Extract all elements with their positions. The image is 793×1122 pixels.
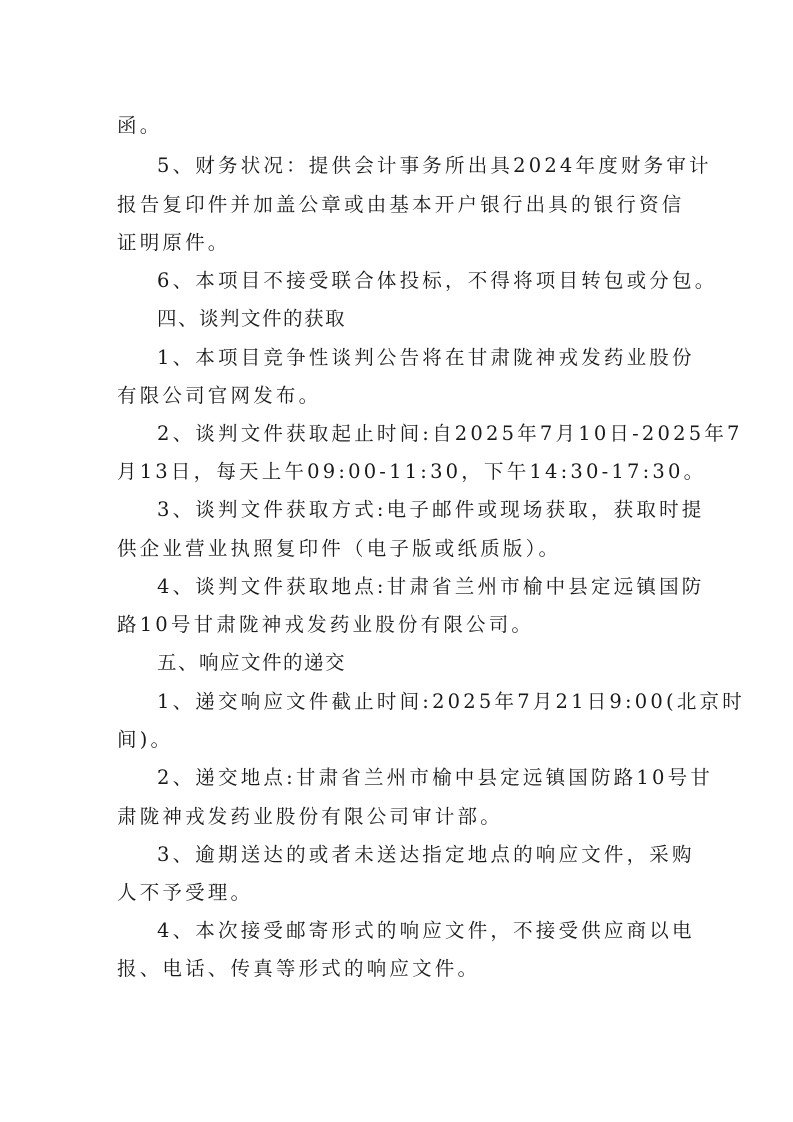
text-line: 4、本次接受邮寄形式的响应文件，不接受供应商以电	[157, 919, 695, 943]
text-line: 函。	[117, 114, 162, 138]
text-line: 2、递交地点:甘肃省兰州市榆中县定远镇国防路10号甘	[157, 766, 713, 790]
text-line: 1、本项目竞争性谈判公告将在甘肃陇神戎发药业股份	[157, 346, 695, 370]
text-line: 2、谈判文件获取起止时间:自2025年7月10日-2025年7	[157, 422, 743, 446]
text-line: 有限公司官网发布。	[117, 384, 321, 408]
text-line: 4、谈判文件获取地点:甘肃省兰州市榆中县定远镇国防	[157, 575, 704, 599]
document-page: 函。 5、财务状况：提供会计事务所出具2024年度财务审计 报告复印件并加盖公章…	[0, 0, 793, 1122]
text-line: 月13日，每天上午09:00-11:30，下午14:30-17:30。	[117, 460, 706, 484]
text-line: 6、本项目不接受联合体投标，不得将项目转包或分包。	[157, 269, 717, 293]
text-line: 供企业营业执照复印件（电子版或纸质版）。	[117, 537, 561, 561]
text-line: 路10号甘肃陇神戎发药业股份有限公司。	[117, 613, 534, 637]
text-line: 报告复印件并加盖公章或由基本开户银行出具的银行资信	[117, 193, 685, 217]
text-line: 3、谈判文件获取方式:电子邮件或现场获取，获取时提	[157, 498, 704, 522]
text-line: 1、递交响应文件截止时间:2025年7月21日9:00(北京时	[157, 690, 745, 714]
section-heading: 四、谈判文件的获取	[157, 307, 346, 331]
text-line: 人不予受理。	[117, 881, 253, 905]
text-line: 3、逾期送达的或者未送达指定地点的响应文件，采购	[157, 843, 695, 867]
text-line: 报、电话、传真等形式的响应文件。	[117, 957, 480, 981]
text-line: 证明原件。	[117, 231, 231, 255]
text-line: 间)。	[117, 728, 173, 752]
text-line: 5、财务状况：提供会计事务所出具2024年度财务审计	[157, 154, 712, 178]
text-line: 肃陇神戎发药业股份有限公司审计部。	[117, 805, 503, 829]
section-heading: 五、响应文件的递交	[157, 651, 346, 675]
